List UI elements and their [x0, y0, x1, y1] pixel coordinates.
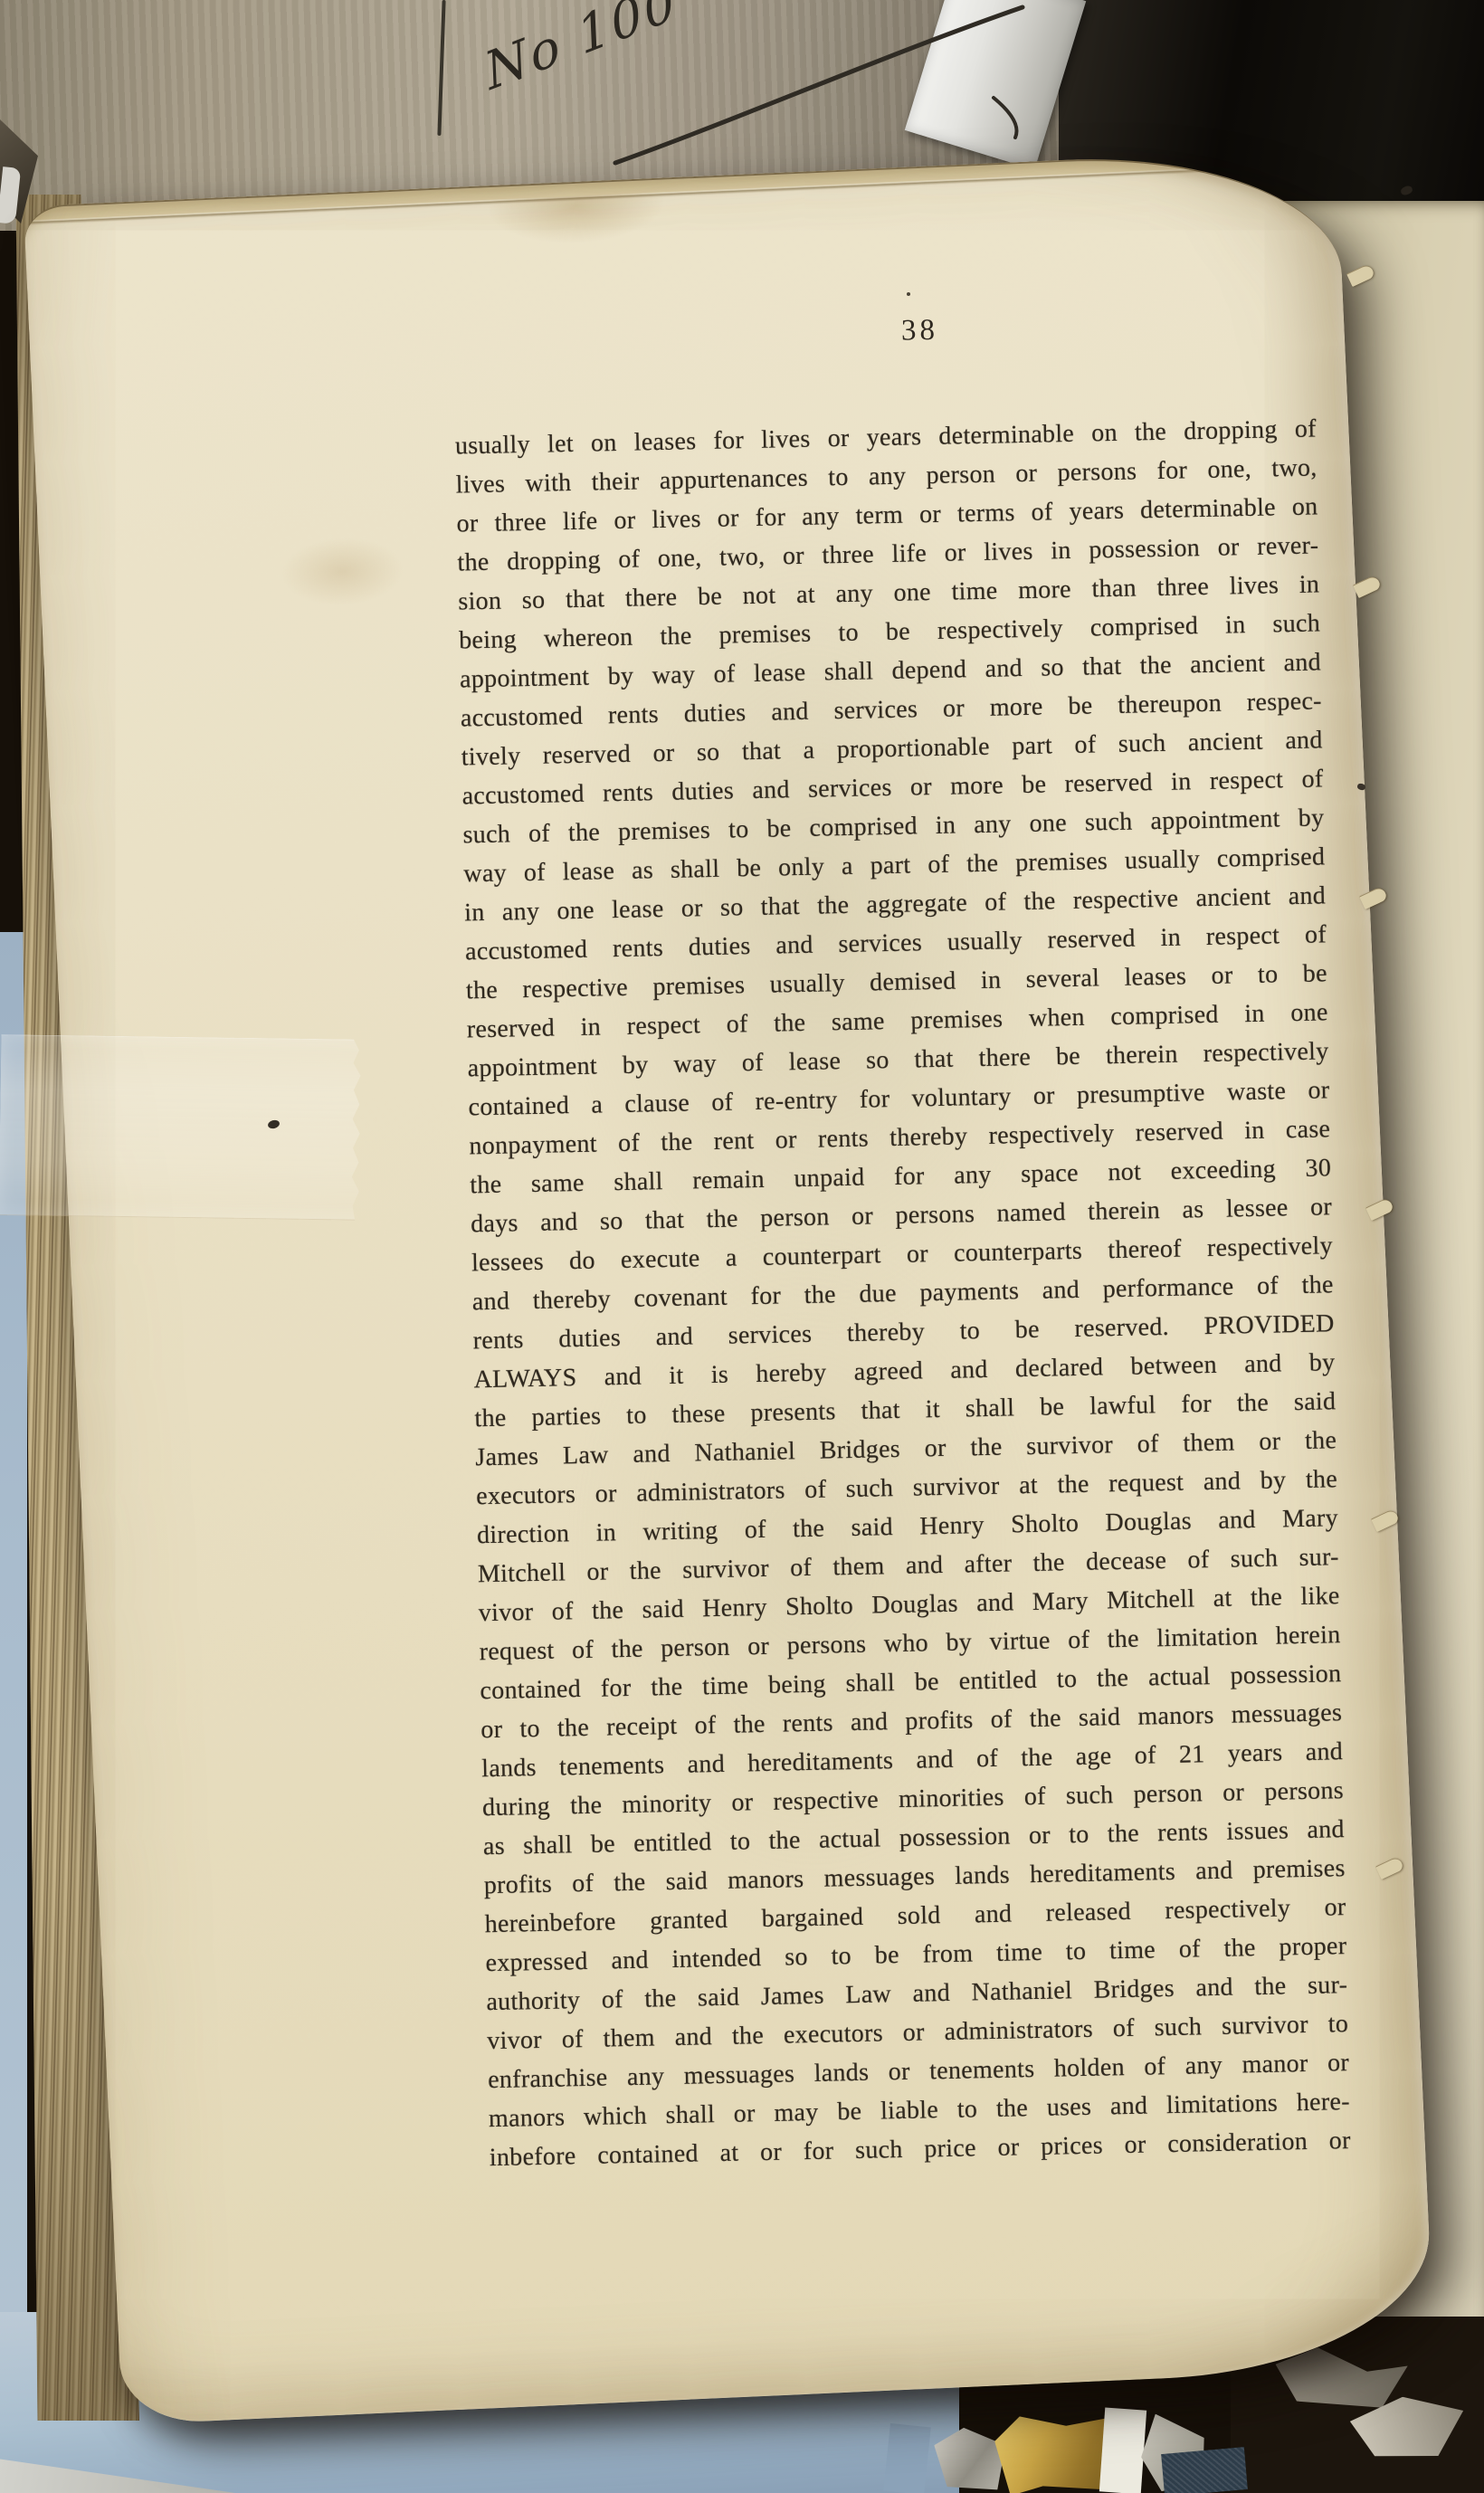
navy-weave-scrap	[1161, 2447, 1248, 2493]
book-photograph: No 100 38 usually let on leases for live…	[0, 0, 1484, 2493]
ink-flourish	[597, 0, 1050, 172]
body-text: usually let on leases for lives or years…	[454, 409, 1351, 2177]
white-scrap	[1099, 2408, 1146, 2493]
tape-overlay	[0, 1034, 372, 1221]
ink-speck	[907, 292, 910, 296]
blue-scrap	[883, 2423, 931, 2493]
printed-text-block: 38 usually let on leases for lives or ye…	[452, 302, 1351, 2184]
